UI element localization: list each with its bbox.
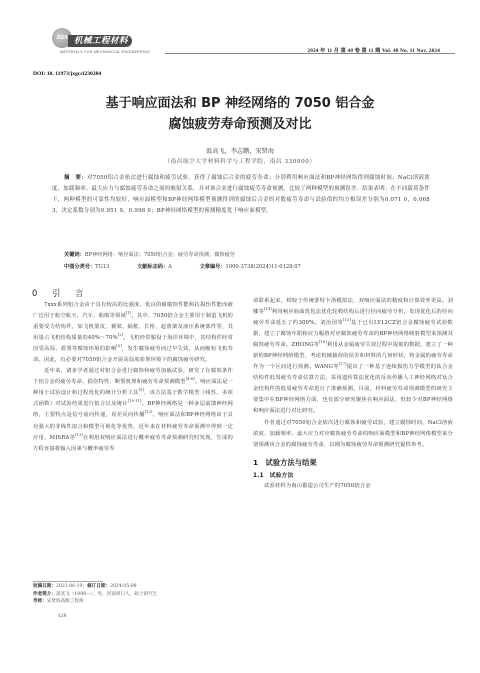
left-column: 7xxx系列铝合金由于具有较高的比强度、优良的耐腐蚀性能和抗损伤性能而被广泛用于… (33, 300, 233, 455)
footnotes: 收稿日期：2023-06-19；修订日期：2024-05-08 作者简介：汲高飞… (33, 583, 233, 606)
text: 提出了一种基于连续损伤力学模型的钛合金结构件低周疲劳寿命估算方法，采用遗传算法优… (253, 364, 453, 414)
keywords-label: 关键词： (64, 252, 85, 258)
intro-paragraph-2-continued: 命联系起来，相较于传统蒙特卡洛模拟法，双响应面法的精度和计算效率更高。刘娜等[1… (253, 296, 453, 418)
authors: 汲高飞，李志鹏，宋贤海 (0, 146, 480, 155)
doi[interactable]: DOI: 10. 11973/jxgccl230284 (33, 71, 101, 77)
intro-paragraph-3: 作者通过对7050铝合金依次进行腐蚀和疲劳试验，建立腐蚀时间、NaCl溶液浓度、… (253, 418, 453, 451)
section-title: 引 言 (52, 288, 89, 298)
received-dates: 收稿日期：2023-06-19；修订日期：2024-05-08 (33, 583, 233, 591)
revised-label: 修订日期： (87, 584, 110, 589)
citation[interactable]: [13] (75, 433, 83, 437)
issue-info: 2024 年 11 月 第 48 卷 第 11 期 Vol. 48 No. 11… (307, 47, 440, 54)
keywords-text: BP神经网络；响应面法；7050铝合金；疲劳寿命预测；腐蚀疲劳 (85, 252, 235, 258)
article-no-label: 文章编号： (200, 264, 226, 270)
received-value: 2023-06-19； (56, 584, 87, 589)
journal-title-cn: 机械工程材料 (68, 35, 132, 47)
journal-title-en: MATERIALS FOR MECHANICAL ENGINEERING (60, 50, 150, 54)
section-heading-methods: 1 试验方法与结果 (253, 457, 453, 468)
section-number: 0 (32, 288, 43, 298)
journal-header: 2024 机械工程材料 MATERIALS FOR MECHANICAL ENG… (0, 0, 480, 60)
section-heading-introduction: 0 引 言 (32, 287, 89, 299)
received-label: 收稿日期： (33, 584, 56, 589)
doc-code-label: 文献标志码： (137, 264, 168, 270)
revised-value: 2024-05-08 (110, 584, 137, 589)
clc-value: TG13 (95, 264, 109, 270)
keywords: 关键词：BP神经网络；响应面法；7050铝合金；疲劳寿命预测；腐蚀疲劳 (64, 251, 235, 258)
citation[interactable]: [4-8] (186, 377, 195, 381)
paper-title-line1: 基于响应面法和 BP 神经网络的 7050 铝合金 (0, 92, 480, 111)
abstract-text: 对7050铝合金依次进行腐蚀和疲劳试验，获得了腐蚀后合金的疲劳寿命；分别利用响应… (52, 175, 430, 214)
abstract-label: 摘 要： (64, 175, 87, 181)
author-bio-label: 作者简介： (33, 592, 56, 597)
citation[interactable]: [16] (319, 340, 327, 344)
subsection-heading-method: 1.1 试验方法 (253, 471, 453, 481)
citation[interactable]: [14] (264, 307, 272, 311)
methods-paragraph-1: 试验材料为南山锻造公司生产的7050铝合金 (253, 481, 453, 492)
advisor-label: 导师： (33, 599, 47, 604)
citation[interactable]: [15] (343, 318, 351, 322)
footnote-divider (33, 581, 103, 582)
author-bio-value: 汲高飞（1998—），男，河南周口人，硕士研究生 (56, 592, 157, 597)
classification-line: 中图分类号：TG13 文献标志码：A 文章编号：1000-3738(2024)1… (64, 263, 301, 270)
intro-paragraph-2: 近年来，诸多学者通过对铝合金进行腐蚀和疲劳加载试验，研究了在腐蚀条件下铝合金的疲… (33, 366, 233, 454)
paper-title-line2: 腐蚀疲劳寿命预测及对比 (0, 113, 480, 132)
advisor: 导师：宋贤海高级工程师 (33, 598, 233, 606)
citation[interactable]: [17] (339, 362, 347, 366)
abstract: 摘 要：对7050铝合金依次进行腐蚀和疲劳试验，获得了腐蚀后合金的疲劳寿命；分别… (52, 173, 430, 217)
author-bio: 作者简介：汲高飞（1998—），男，河南周口人，硕士研究生 (33, 591, 233, 599)
clc-label: 中图分类号： (64, 264, 95, 270)
doc-code-value: A (168, 264, 172, 270)
page-number: 128 (58, 613, 66, 619)
article-no-value: 1000-3738(2024)11-0128-07 (226, 264, 301, 270)
right-column: 命联系起来，相较于传统蒙特卡洛模拟法，双响应面法的精度和计算效率更高。刘娜等[1… (253, 296, 453, 492)
citation[interactable]: [10-11] (128, 399, 142, 403)
affiliation: （南昌航空大学材料科学与工程学院，南昌 330000） (0, 157, 480, 165)
intro-paragraph-1: 7xxx系列铝合金由于具有较高的比强度、优良的耐腐蚀性能和抗损伤性能而被广泛用于… (33, 300, 233, 366)
advisor-value: 宋贤海高级工程师 (47, 599, 84, 604)
